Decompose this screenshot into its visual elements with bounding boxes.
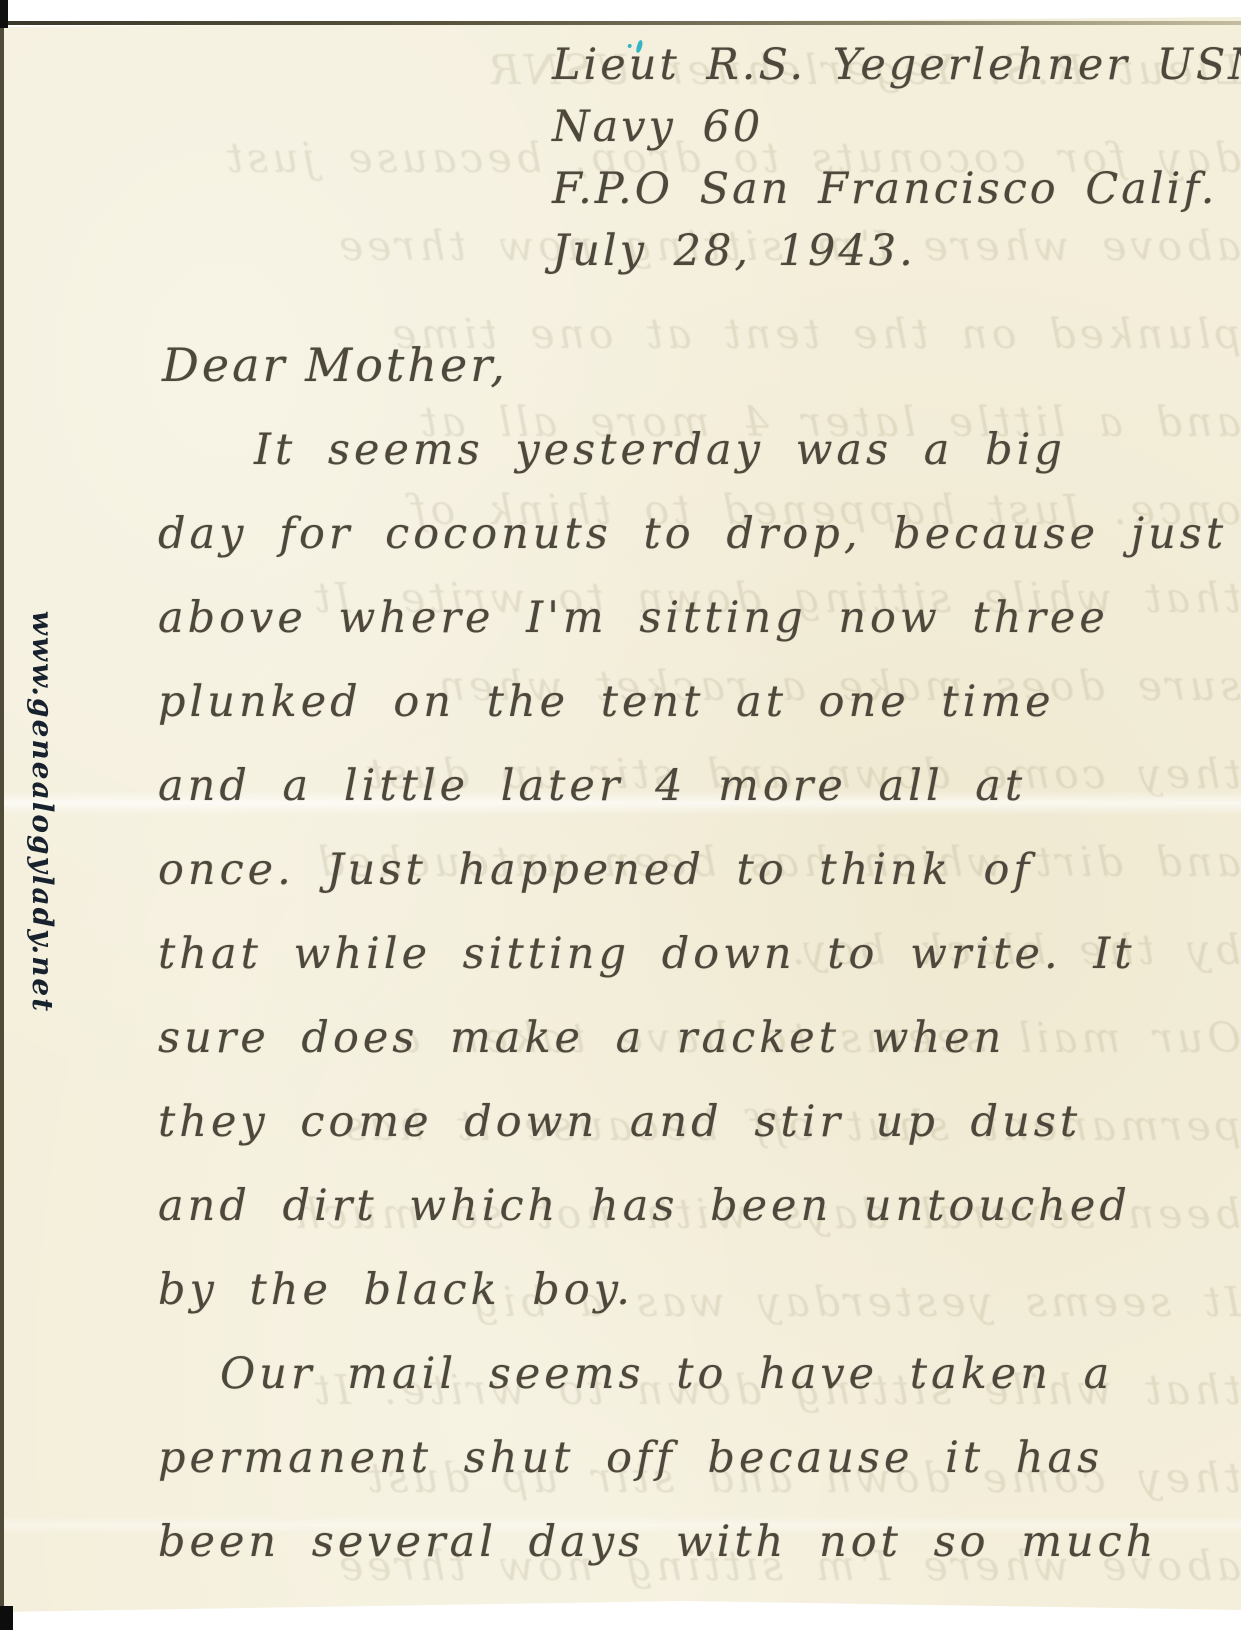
header-sender-line: Lieut R.S. Yegerlehner USNR xyxy=(552,34,1241,96)
letter-paper: Lieut R.S. Yegerlehner USNR day for coco… xyxy=(0,0,1241,1630)
scan-edge-left xyxy=(0,24,4,1610)
body-line: been several days with not so much xyxy=(158,1500,1218,1584)
header-unit-line: Navy 60 xyxy=(552,96,1241,158)
header-date-line: July 28, 1943. xyxy=(552,220,1241,282)
body-line: once. Just happened to think of xyxy=(158,828,1218,912)
letter-body: It seems yesterday was a big day for coc… xyxy=(158,408,1218,1584)
body-line: sure does make a racket when xyxy=(158,996,1218,1080)
body-line: above where I'm sitting now three xyxy=(158,576,1218,660)
body-line: and a little later 4 more all at xyxy=(158,744,1218,828)
scan-edge-top xyxy=(4,21,1241,25)
body-line: day for coconuts to drop, because just xyxy=(158,492,1218,576)
scan-corner-bottom-left xyxy=(0,1606,13,1630)
body-line: plunked on the tent at one time xyxy=(158,660,1218,744)
watermark-url: www.genealogylady.net xyxy=(19,586,59,1038)
body-line: that while sitting down to write. It xyxy=(158,912,1218,996)
scan-corner-top-left xyxy=(0,0,8,28)
header-postoffice-line: F.P.O San Francisco Calif. xyxy=(552,158,1241,220)
body-line: It seems yesterday was a big xyxy=(158,408,1218,492)
body-line: and dirt which has been untouched xyxy=(158,1164,1218,1248)
salutation-text: Dear Mother, xyxy=(162,338,508,392)
scanned-letter: Lieut R.S. Yegerlehner USNR day for coco… xyxy=(0,0,1241,1630)
body-line: they come down and stir up dust xyxy=(158,1080,1218,1164)
body-line: by the black boy. xyxy=(158,1248,1218,1332)
body-line: permanent shut off because it has xyxy=(158,1416,1218,1500)
body-line: Our mail seems to have taken a xyxy=(158,1332,1218,1416)
letter-header: Lieut R.S. Yegerlehner USNR Navy 60 F.P.… xyxy=(552,34,1241,282)
